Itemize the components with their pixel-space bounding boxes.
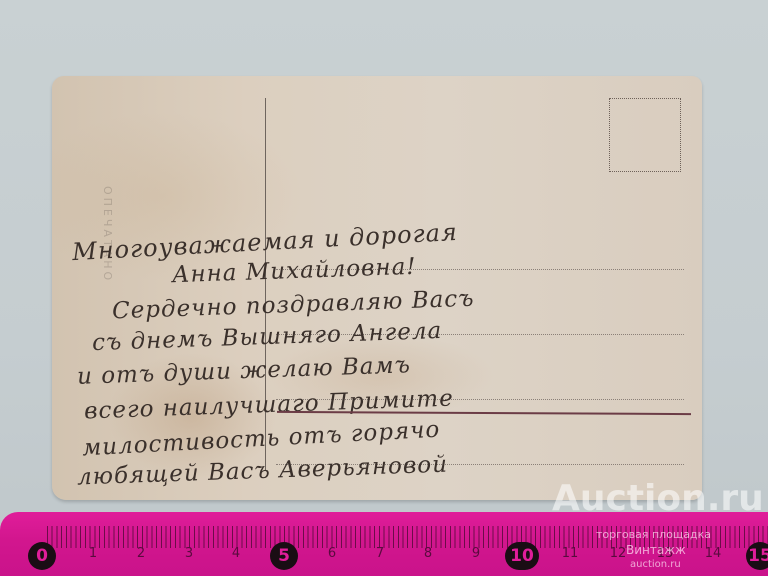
ruler-label: 7 — [376, 546, 384, 561]
handwriting-line: и отъ души желаю Вамъ — [77, 352, 412, 390]
stamp-box — [609, 98, 681, 172]
ruler-label: 12 — [610, 546, 627, 561]
ruler-label: 2 — [137, 546, 145, 561]
ruler-label: 4 — [232, 546, 240, 561]
ruler-label: 10 — [505, 542, 539, 570]
ruler-label: 1 — [89, 546, 97, 561]
watermark-site: auction.ru — [630, 559, 681, 570]
watermark-tagline: торговая площадка — [596, 528, 711, 541]
ruler-label: 15 — [746, 542, 768, 570]
ruler-label: 3 — [185, 546, 193, 561]
side-printed-text: ОПЕЧАТАНО — [101, 186, 114, 283]
ruler-label: 8 — [424, 546, 432, 561]
ruler-label: 11 — [562, 546, 579, 561]
ruler-label: 14 — [705, 546, 722, 561]
ruler-label: 5 — [270, 542, 298, 570]
ruler-label: 0 — [28, 542, 56, 570]
watermark-category: Винтажж — [626, 543, 686, 557]
watermark-brand: Auction.ru — [552, 478, 764, 519]
ruler-label: 9 — [472, 546, 480, 561]
postcard: ОПЕЧАТАНО Многоуважаемая и дорогая Анна … — [52, 76, 702, 500]
ruler-label: 6 — [328, 546, 336, 561]
handwriting-line: съ днемъ Вышняго Ангела — [92, 318, 443, 356]
